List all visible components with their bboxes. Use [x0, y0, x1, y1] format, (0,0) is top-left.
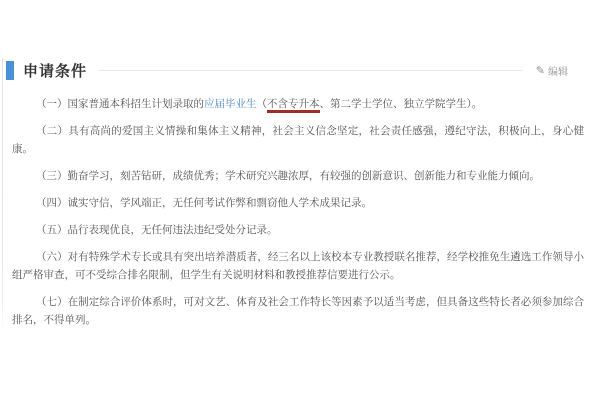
edit-button[interactable]: ✎ 编辑: [536, 63, 568, 78]
item-text: 勤奋学习，刻苦钻研，成绩优秀；学术研究兴趣浓厚，有较强的创新意识、创新能力和专业…: [68, 170, 541, 182]
section-header: 申请条件 ✎ 编辑: [0, 58, 600, 82]
item-number: （四）: [36, 197, 68, 209]
page: 申请条件 ✎ 编辑 （一）国家普通本科招生计划录取的应届毕业生（不含专升本、第二…: [0, 0, 600, 400]
item-text: 国家普通本科招生计划录取的: [68, 98, 205, 110]
item-text: 具有高尚的爱国主义情操和集体主义精神，社会主义信念坚定，社会责任感强，遵纪守法，…: [12, 125, 584, 155]
item-number: （二）: [36, 125, 68, 137]
application-conditions-section: 申请条件 ✎ 编辑 （一）国家普通本科招生计划录取的应届毕业生（不含专升本、第二…: [0, 58, 600, 338]
condition-item-3: （三）勤奋学习，刻苦钻研，成绩优秀；学术研究兴趣浓厚，有较强的创新意识、创新能力…: [12, 167, 584, 185]
item-text: 诚实守信，学风端正，无任何考试作弊和剽窃他人学术成果记录。: [68, 197, 373, 209]
item-number: （六）: [36, 251, 68, 263]
edit-pencil-icon: ✎: [536, 65, 545, 76]
condition-item-1: （一）国家普通本科招生计划录取的应届毕业生（不含专升本、第二学士学位、独立学院学…: [12, 95, 584, 113]
red-underlined-text: 不含专升本: [267, 98, 320, 113]
item-number: （三）: [36, 170, 68, 182]
header-divider: [99, 70, 522, 71]
item-text: 在制定综合评价体系时，可对文艺、体育及社会工作特长等因素予以适当考虑，但具备这些…: [12, 296, 584, 326]
item-text: （: [257, 98, 268, 110]
item-number: （七）: [36, 296, 68, 308]
item-number: （五）: [36, 224, 68, 236]
condition-item-6: （六）对有特殊学术专长或具有突出培养潜质者，经三名以上该校本专业教授联名推荐，经…: [12, 248, 584, 284]
item-number: （一）: [36, 98, 68, 110]
section-title: 申请条件: [23, 60, 87, 81]
section-accent-bar: [6, 61, 14, 80]
condition-item-2: （二）具有高尚的爱国主义情操和集体主义精神，社会主义信念坚定，社会责任感强，遵纪…: [12, 122, 584, 158]
conditions-list: （一）国家普通本科招生计划录取的应届毕业生（不含专升本、第二学士学位、独立学院学…: [0, 82, 600, 329]
item-text: 、第二学士学位、独立学院学生）。: [320, 98, 483, 110]
condition-item-4: （四）诚实守信，学风端正，无任何考试作弊和剽窃他人学术成果记录。: [12, 194, 584, 212]
item-text: 对有特殊学术专长或具有突出培养潜质者，经三名以上该校本专业教授联名推荐，经学校推…: [12, 251, 584, 281]
edit-button-label: 编辑: [548, 63, 568, 78]
item-text: 品行表现优良，无任何违法违纪受处分记录。: [68, 224, 278, 236]
fresh-graduates-link[interactable]: 应届毕业生: [204, 98, 257, 110]
condition-item-5: （五）品行表现优良，无任何违法违纪受处分记录。: [12, 221, 584, 239]
condition-item-7: （七）在制定综合评价体系时，可对文艺、体育及社会工作特长等因素予以适当考虑，但具…: [12, 293, 584, 329]
